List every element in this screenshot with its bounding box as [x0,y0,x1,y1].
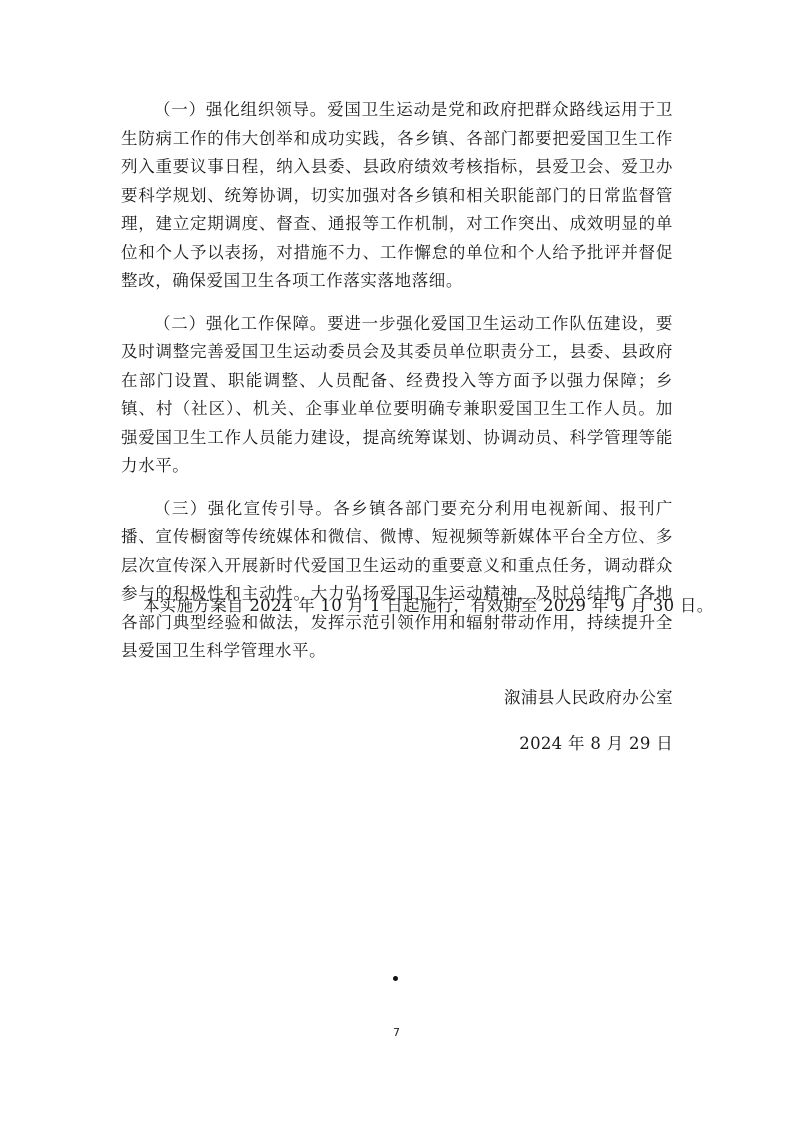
bullet-dot-icon [393,976,398,981]
document-page: （一）强化组织领导。爱国卫生运动是党和政府把群众路线运用于卫生防病工作的伟大创举… [0,0,793,1122]
paragraph-organization-leadership: （一）强化组织领导。爱国卫生运动是党和政府把群众路线运用于卫生防病工作的伟大创举… [121,96,673,296]
document-body: （一）强化组织领导。爱国卫生运动是党和政府把群众路线运用于卫生防病工作的伟大创举… [121,96,673,666]
issuing-authority: 溆浦县人民政府办公室 [504,684,673,713]
issue-date: 2024 年 8 月 29 日 [519,730,673,759]
paragraph-work-guarantee: （二）强化工作保障。要进一步强化爱国卫生运动工作队伍建设，要及时调整完善爱国卫生… [121,310,673,481]
paragraph-publicity-guidance: （三）强化宣传引导。各乡镇各部门要充分利用电视新闻、报刊广播、宣传橱窗等传统媒体… [121,495,673,666]
effective-date-statement: 本实施方案自 2024 年 10 月 1 日起施行，有效期至 2029 年 9 … [143,592,714,621]
page-number: 7 [0,1026,793,1039]
